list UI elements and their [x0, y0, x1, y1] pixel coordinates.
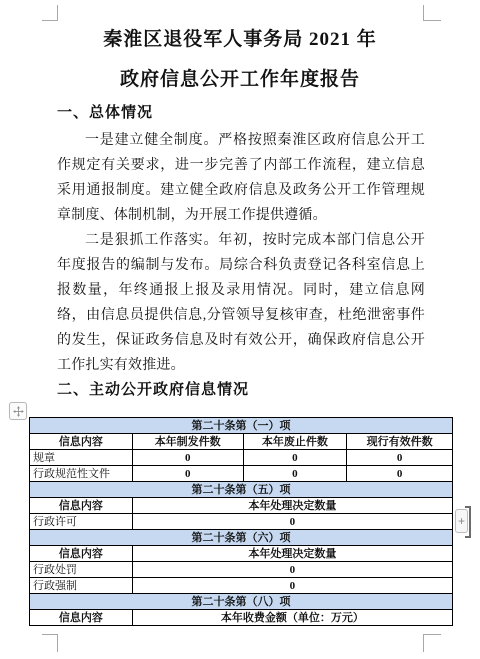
table-section-header-row: 第二十条第（一）项	[30, 418, 453, 434]
table-column-header: 信息内容	[30, 498, 133, 514]
table-column-header: 本年制发件数	[132, 434, 243, 450]
document-title-line1: 秦淮区退役军人事务局 2021 年	[0, 28, 480, 52]
margin-crop-mark-bottom-left	[42, 634, 58, 652]
table-row: 行政许可 0	[30, 514, 453, 530]
table-row: 行政规范性文件 0 0 0	[30, 466, 453, 482]
table-column-header: 本年废止件数	[243, 434, 347, 450]
table-cell-value: 0	[347, 450, 453, 466]
table-section-header: 第二十条第（六）项	[30, 530, 453, 546]
table-column-header-row: 信息内容 本年处理决定数量	[30, 498, 453, 514]
table-column-header: 现行有效件数	[347, 434, 453, 450]
table-row-label: 行政许可	[30, 514, 133, 530]
table-cell-value: 0	[243, 450, 347, 466]
table-cell-value: 0	[243, 466, 347, 482]
table-row-label: 行政强制	[30, 578, 133, 594]
disclosure-statistics-table: 第二十条第（一）项 信息内容 本年制发件数 本年废止件数 现行有效件数 规章 0…	[29, 417, 453, 626]
right-bracket-indicator	[465, 506, 471, 538]
table-cell-value: 0	[132, 578, 452, 594]
table-section-header-row: 第二十条第（八）项	[30, 594, 453, 610]
table-cell-value: 0	[132, 562, 452, 578]
body-text-block: 一是建立健全制度。严格按照秦淮区政府信息公开工作规定有关要求，进一步完善了内部工…	[57, 128, 425, 378]
table-cell-value: 0	[132, 514, 452, 530]
document-title-line2: 政府信息公开工作年度报告	[0, 68, 480, 92]
table-column-header-row: 信息内容 本年收费金额（单位：万元）	[30, 610, 453, 626]
table-section-header-row: 第二十条第（六）项	[30, 530, 453, 546]
table-section-header: 第二十条第（五）项	[30, 482, 453, 498]
table-column-header: 信息内容	[30, 610, 133, 626]
table-section-header: 第二十条第（八）项	[30, 594, 453, 610]
table-column-header-row: 信息内容 本年制发件数 本年废止件数 现行有效件数	[30, 434, 453, 450]
section-heading-proactive-disclosure: 二、主动公开政府信息情况	[57, 380, 249, 400]
table-column-header: 本年收费金额（单位：万元）	[132, 610, 452, 626]
paragraph-establish-system: 一是建立健全制度。严格按照秦淮区政府信息公开工作规定有关要求，进一步完善了内部工…	[57, 128, 425, 228]
move-cross-icon	[13, 406, 24, 417]
table-column-header: 本年处理决定数量	[132, 546, 452, 562]
table-row: 规章 0 0 0	[30, 450, 453, 466]
margin-crop-mark-top-left	[42, 5, 58, 21]
table-row-label: 规章	[30, 450, 133, 466]
word-document-page: 秦淮区退役军人事务局 2021 年 政府信息公开工作年度报告 一、总体情况 一是…	[0, 0, 480, 659]
table-column-header: 信息内容	[30, 434, 133, 450]
table-cell-value: 0	[347, 466, 453, 482]
table-section-header-row: 第二十条第（五）项	[30, 482, 453, 498]
table-cell-value: 0	[132, 450, 243, 466]
table-column-header: 信息内容	[30, 546, 133, 562]
table-row: 行政处罚 0	[30, 562, 453, 578]
margin-crop-mark-bottom-right	[423, 634, 441, 652]
paragraph-implementation: 二是狠抓工作落实。年初，按时完成本部门信息公开年度报告的编制与发布。局综合科负责…	[57, 228, 425, 378]
table-column-header: 本年处理决定数量	[132, 498, 452, 514]
table-row: 行政强制 0	[30, 578, 453, 594]
table-move-handle[interactable]	[9, 402, 27, 420]
table-cell-value: 0	[132, 466, 243, 482]
section-heading-overview: 一、总体情况	[57, 103, 153, 123]
table-row-label: 行政规范性文件	[30, 466, 133, 482]
table-row-label: 行政处罚	[30, 562, 133, 578]
table-column-header-row: 信息内容 本年处理决定数量	[30, 546, 453, 562]
margin-crop-mark-top-right	[423, 5, 441, 21]
table-section-header: 第二十条第（一）项	[30, 418, 453, 434]
